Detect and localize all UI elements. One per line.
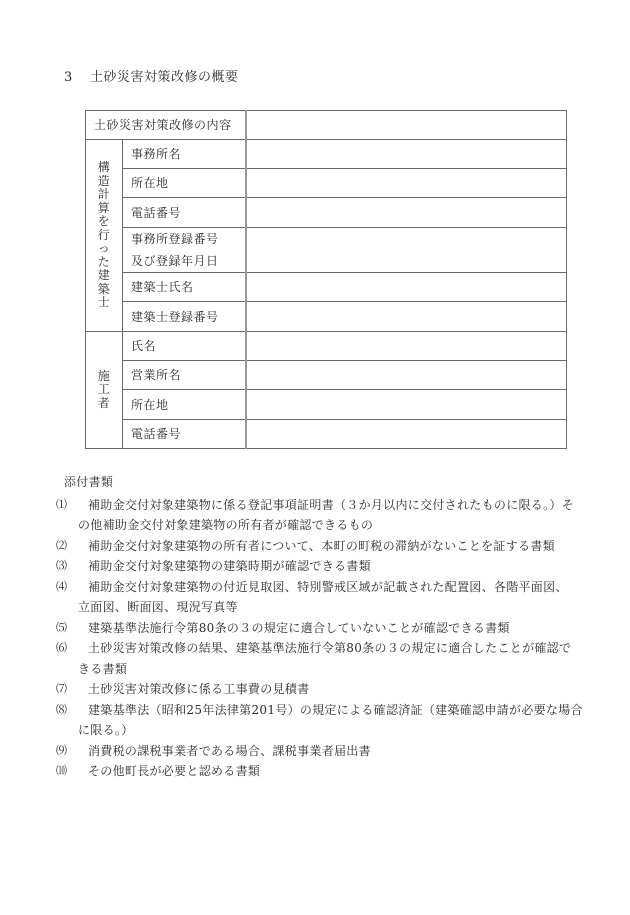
item-text: 建築基準法（昭和25年法律第201号）の規定による確認済証（建築確認申請が必要な… (88, 700, 584, 721)
label-contractor-address: 所在地 (123, 390, 246, 420)
table-row: 建築士氏名 (86, 273, 567, 302)
label-office-name: 事務所名 (123, 140, 246, 169)
item-number: ⑽ (56, 761, 86, 782)
field-office-name[interactable] (246, 140, 567, 169)
table-row: 電話番号 (86, 198, 567, 228)
table-row: 所在地 (86, 390, 567, 420)
label-office-phone: 電話番号 (123, 198, 246, 228)
list-item: ⑺ 土砂災害対策改修に係る工事費の見積書 (64, 679, 584, 700)
label-contractor-phone: 電話番号 (123, 420, 246, 449)
list-item: ⑽ その他町長が必要と認める書類 (64, 761, 584, 782)
table-row: 施工者 氏名 (86, 332, 567, 361)
field-business-office[interactable] (246, 361, 567, 390)
field-contractor-address[interactable] (246, 390, 567, 420)
table-row-renovation-content: 土砂災害対策改修の内容 (86, 111, 567, 140)
label-architect-name: 建築士氏名 (123, 273, 246, 302)
item-text: 土砂災害対策改修の結果、建築基準法施行令第80条の３の規定に適合したことが確認で (88, 638, 584, 659)
field-office-registration[interactable] (246, 228, 567, 273)
item-text: 建築基準法施行令第80条の３の規定に適合していないことが確認できる書類 (88, 618, 584, 639)
label-office-address: 所在地 (123, 169, 246, 198)
field-contractor-name[interactable] (246, 332, 567, 361)
section-heading: 3土砂災害対策改修の概要 (64, 66, 239, 85)
item-text: 補助金交付対象建築物の所有者について、本町の町税の滞納がないことを証する書類 (88, 536, 584, 557)
label-line: 事務所登録番号 (131, 228, 245, 250)
label-office-registration: 事務所登録番号 及び登録年月日 (123, 228, 246, 273)
table-row: 営業所名 (86, 361, 567, 390)
table-row: 事務所登録番号 及び登録年月日 (86, 228, 567, 273)
item-number: ⑹ (56, 638, 86, 659)
list-item: ⑴ 補助金交付対象建築物に係る登記事項証明書（３か月以内に交付されたものに限る。… (64, 495, 584, 536)
item-number: ⑷ (56, 577, 86, 598)
item-text: 補助金交付対象建築物の付近見取図、特別警戒区域が記載された配置図、各階平面図、 (88, 577, 584, 598)
label-business-office: 営業所名 (123, 361, 246, 390)
field-architect-name[interactable] (246, 273, 567, 302)
table-row: 建築士登録番号 (86, 302, 567, 332)
list-item: ⑹ 土砂災害対策改修の結果、建築基準法施行令第80条の３の規定に適合したことが確… (64, 638, 584, 679)
item-text-continued: 立面図、断面図、現況写真等 (78, 597, 584, 618)
field-office-address[interactable] (246, 169, 567, 198)
section-number: 3 (64, 70, 90, 85)
attachments-heading: 添付書類 (64, 472, 584, 493)
item-number: ⑻ (56, 700, 86, 721)
group-label-contractor: 施工者 (86, 332, 123, 449)
attachments-section: 添付書類 ⑴ 補助金交付対象建築物に係る登記事項証明書（３か月以内に交付されたも… (64, 472, 584, 782)
list-item: ⑵ 補助金交付対象建築物の所有者について、本町の町税の滞納がないことを証する書類 (64, 536, 584, 557)
label-line: 及び登録年月日 (131, 250, 245, 272)
table-row: 電話番号 (86, 420, 567, 449)
item-text: 補助金交付対象建築物に係る登記事項証明書（３か月以内に交付されたものに限る。）そ (88, 495, 584, 516)
renovation-overview-table: 土砂災害対策改修の内容 構造計算を行った建築士 事務所名 所在地 電話番号 事務… (85, 110, 567, 449)
field-architect-registration[interactable] (246, 302, 567, 332)
item-number: ⑺ (56, 679, 86, 700)
label-renovation-content: 土砂災害対策改修の内容 (86, 111, 246, 140)
field-renovation-content[interactable] (246, 111, 567, 140)
group-label-text: 施工者 (97, 370, 111, 411)
item-text-continued: きる書類 (78, 659, 584, 680)
item-number: ⑸ (56, 618, 86, 639)
list-item: ⑸ 建築基準法施行令第80条の３の規定に適合していないことが確認できる書類 (64, 618, 584, 639)
item-number: ⑶ (56, 556, 86, 577)
section-title: 土砂災害対策改修の概要 (90, 70, 239, 85)
group-label-text: 構造計算を行った建築士 (97, 161, 111, 310)
item-text-continued: の他補助金交付対象建築物の所有者が確認できるもの (78, 515, 584, 536)
list-item: ⑼ 消費税の課税事業者である場合、課税事業者届出書 (64, 741, 584, 762)
item-text: 補助金交付対象建築物の建築時期が確認できる書類 (88, 556, 584, 577)
item-text: 消費税の課税事業者である場合、課税事業者届出書 (88, 741, 584, 762)
label-contractor-name: 氏名 (123, 332, 246, 361)
table-row: 構造計算を行った建築士 事務所名 (86, 140, 567, 169)
item-text-continued: に限る。） (78, 720, 584, 741)
list-item: ⑶ 補助金交付対象建築物の建築時期が確認できる書類 (64, 556, 584, 577)
table-row: 所在地 (86, 169, 567, 198)
item-number: ⑵ (56, 536, 86, 557)
item-number: ⑴ (56, 495, 86, 516)
field-contractor-phone[interactable] (246, 420, 567, 449)
group-label-structural-architect: 構造計算を行った建築士 (86, 140, 123, 332)
item-number: ⑼ (56, 741, 86, 762)
list-item: ⑻ 建築基準法（昭和25年法律第201号）の規定による確認済証（建築確認申請が必… (64, 700, 584, 741)
item-text: 土砂災害対策改修に係る工事費の見積書 (88, 679, 584, 700)
field-office-phone[interactable] (246, 198, 567, 228)
list-item: ⑷ 補助金交付対象建築物の付近見取図、特別警戒区域が記載された配置図、各階平面図… (64, 577, 584, 618)
label-architect-registration: 建築士登録番号 (123, 302, 246, 332)
item-text: その他町長が必要と認める書類 (88, 761, 584, 782)
